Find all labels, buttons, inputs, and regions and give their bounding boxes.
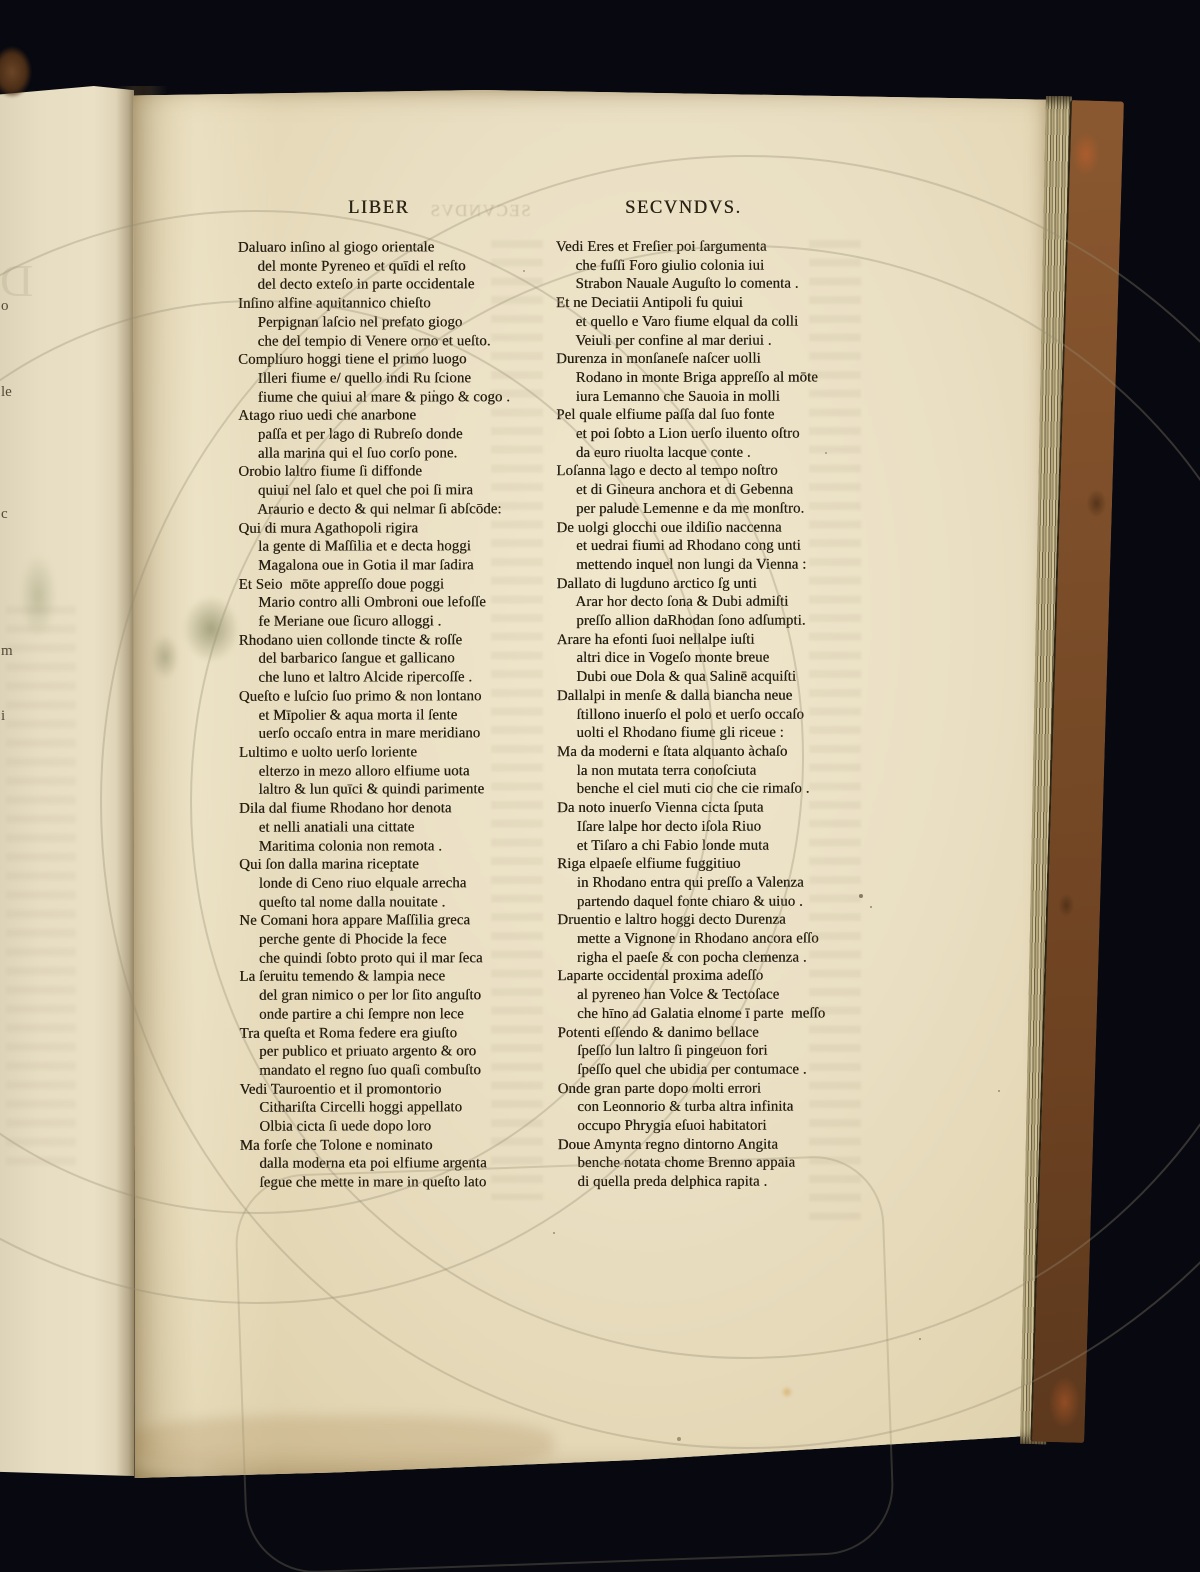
edge-text-fragment: le: [1, 384, 12, 401]
book-page: LIBER SECVNDVS SECVNDVS. Daluaro inſino …: [133, 90, 1049, 1478]
ink-specks: [433, 390, 435, 392]
edge-text-fragment: c: [1, 506, 8, 523]
showthrough-text: [809, 240, 861, 1220]
edge-text-fragment: o: [1, 298, 9, 315]
verse-columns: Daluaro inſino al giogo orientale del mo…: [132, 89, 1051, 1479]
showthrough-text: [6, 606, 76, 1166]
edge-text-fragment: i: [1, 708, 5, 725]
binding-fragment: [0, 46, 32, 98]
facing-page: D o le c m i: [0, 86, 134, 1476]
showthrough-text: [491, 240, 543, 1200]
book-photo: D o le c m i LIBER SECVNDVS SECVNDVS. Da…: [0, 0, 1200, 1572]
